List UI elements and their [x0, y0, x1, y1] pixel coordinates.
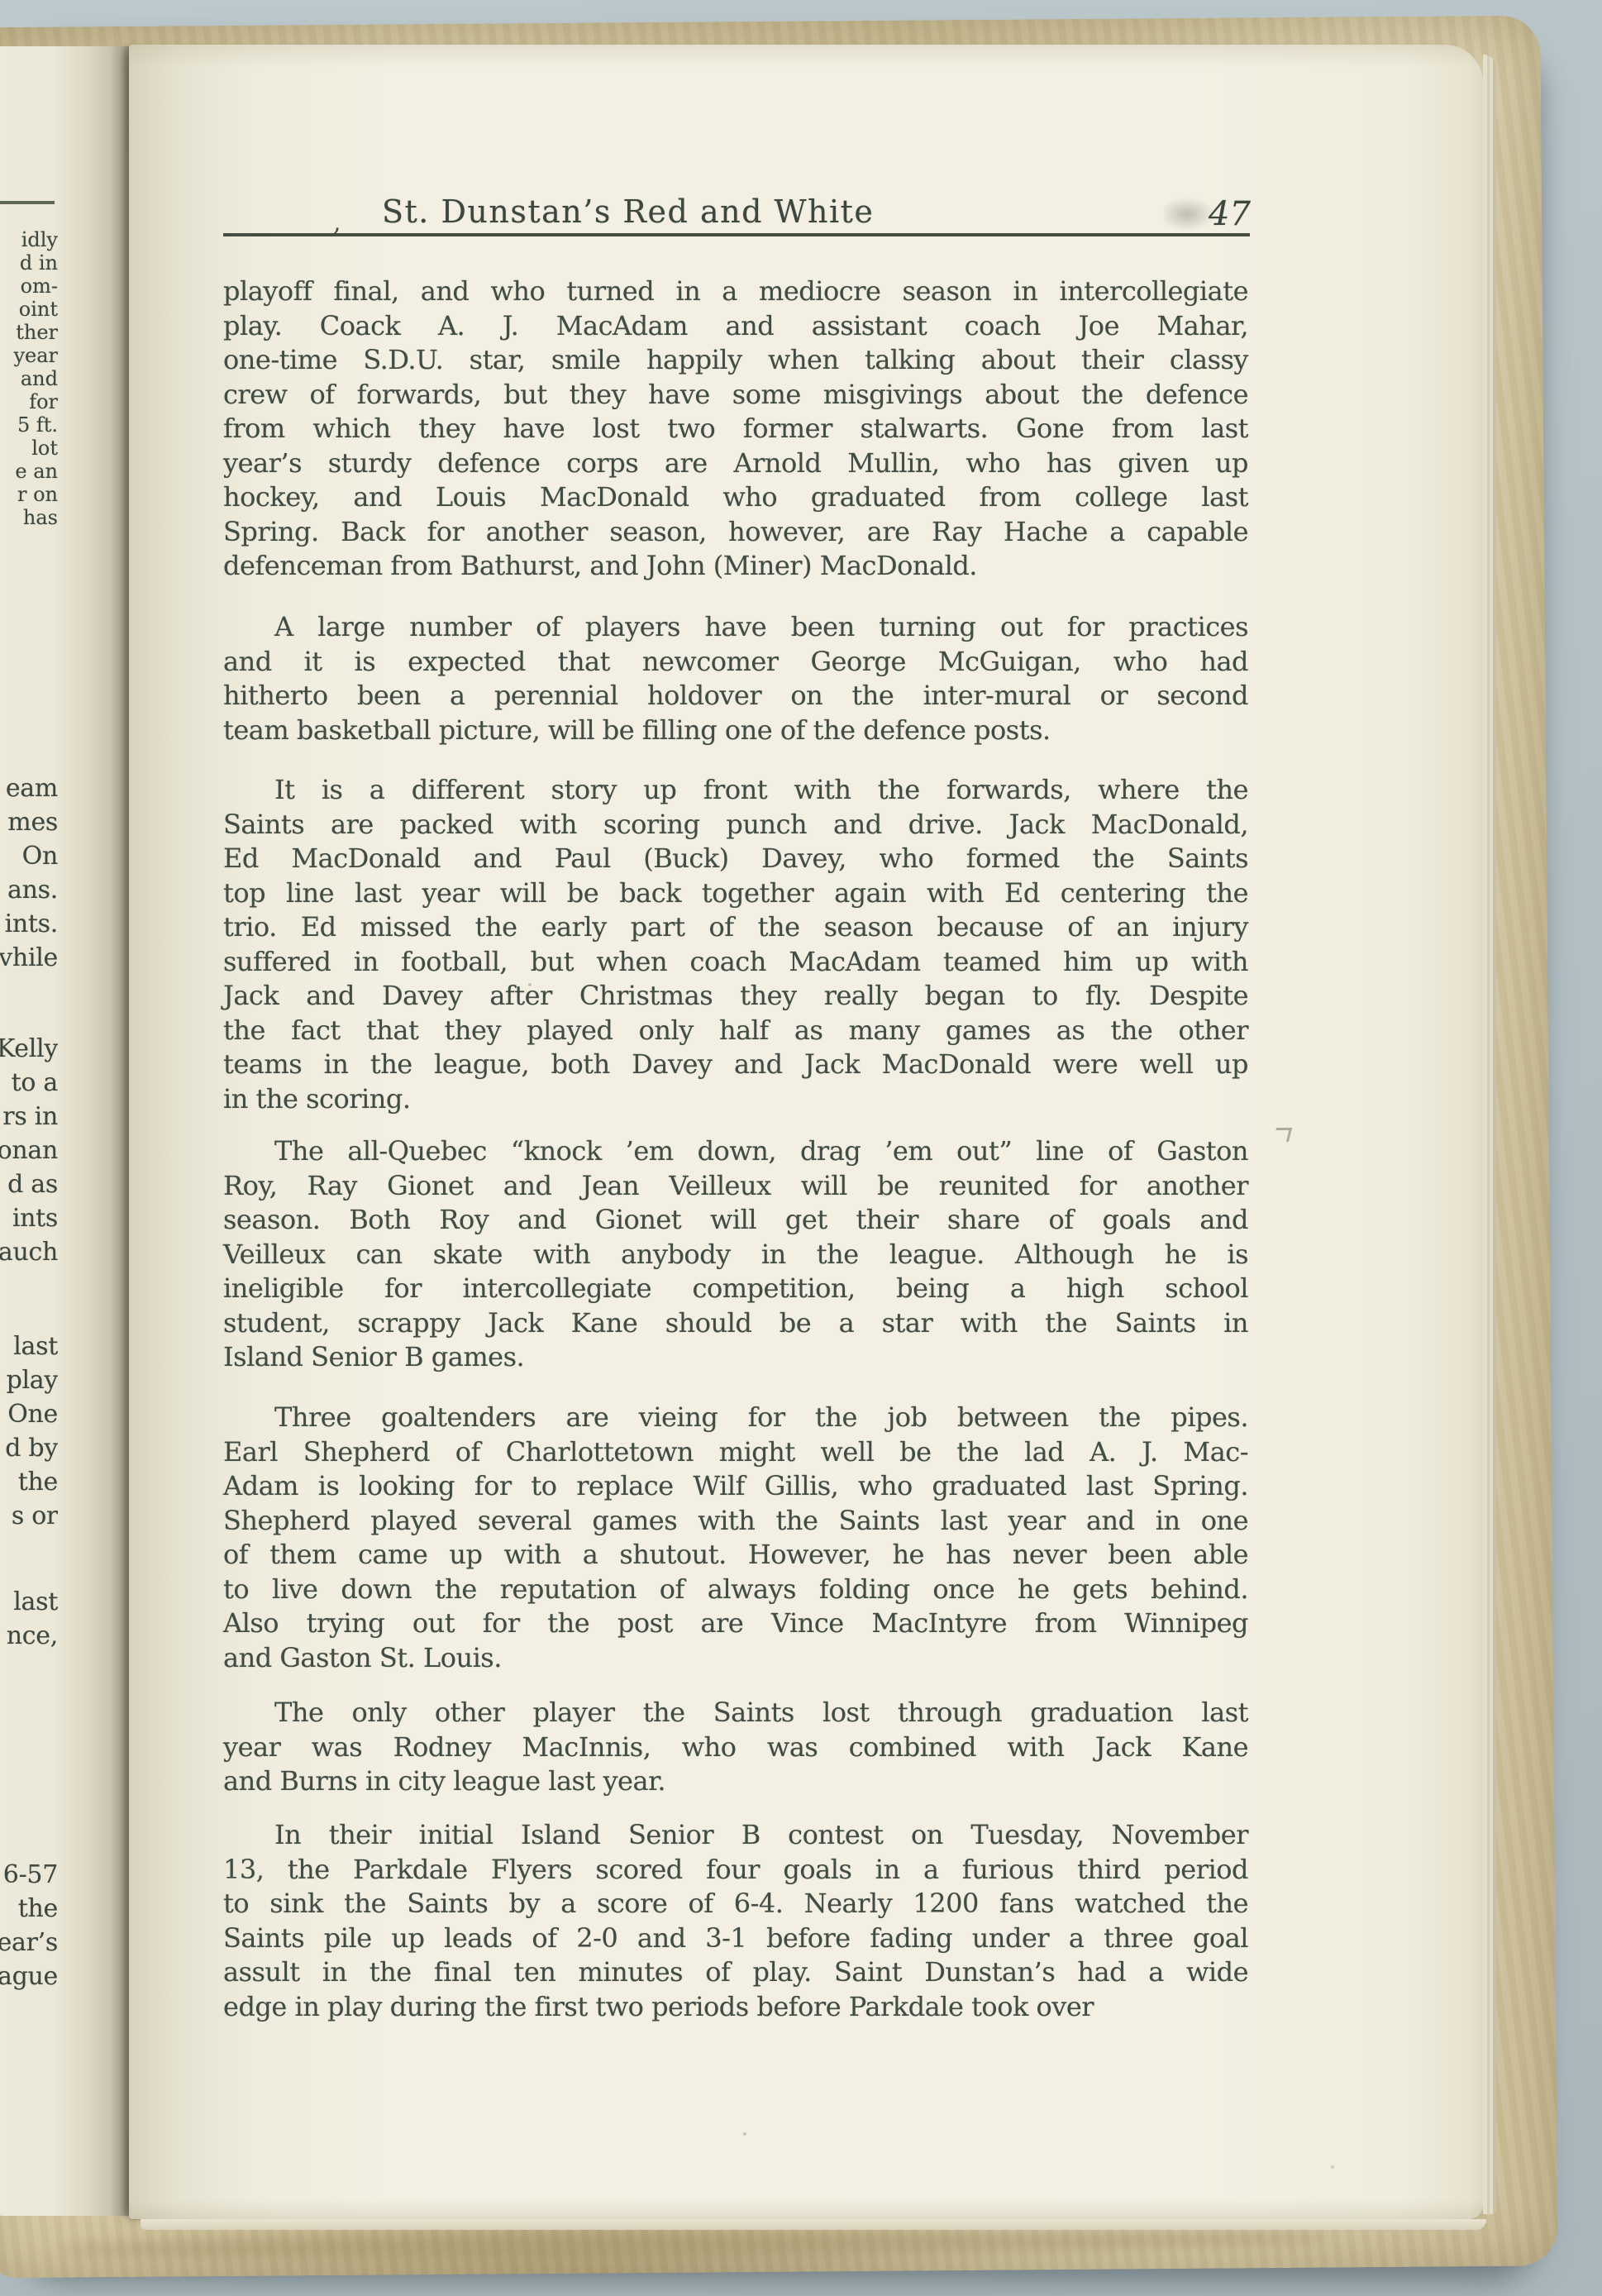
text-fragment: ear’s: [0, 1926, 58, 1959]
text-line: Earl Shepherd of Charlottetown might wel…: [223, 1435, 1248, 1470]
text-fragment: d in: [0, 251, 58, 274]
text-fragment: 6-57: [0, 1858, 58, 1892]
text-line: trio. Ed missed the early part of the se…: [223, 910, 1248, 945]
text-line: Ed MacDonald and Paul (Buck) Davey, who …: [223, 842, 1248, 876]
text-line: A large number of players have been turn…: [223, 610, 1248, 645]
text-fragment: play: [0, 1363, 58, 1397]
text-fragment: om-: [0, 274, 58, 298]
text-line: In their initial Island Senior B contest…: [223, 1818, 1248, 1853]
header-rule: [223, 233, 1250, 236]
text-line: Adam is looking for to replace Wilf Gill…: [223, 1469, 1248, 1504]
text-fragment: On: [0, 839, 58, 873]
text-fragment: d as: [0, 1167, 58, 1201]
text-fragment: oint: [0, 298, 58, 321]
text-line: Veilleux can skate with anybody in the l…: [223, 1238, 1248, 1272]
text-line: the fact that they played only half as m…: [223, 1014, 1248, 1048]
text-fragment: vhile: [0, 941, 58, 975]
facing-page-fragment-group: lastplayOned bythes or: [0, 1329, 58, 1533]
text-line: assult in the final ten minutes of play.…: [223, 1955, 1248, 1990]
paragraph: Three goaltenders are vieing for the job…: [223, 1401, 1248, 1675]
facing-page-fragment-group: lastnce,: [0, 1585, 58, 1653]
text-fragment: ints.: [0, 907, 58, 941]
text-line: play. Coack A. J. MacAdam and assistant …: [223, 309, 1248, 344]
text-line: The only other player the Saints lost th…: [223, 1696, 1248, 1730]
text-line: and Gaston St. Louis.: [223, 1641, 1248, 1676]
text-fragment: last: [0, 1585, 58, 1619]
text-fragment: idly: [0, 228, 58, 251]
text-fragment: d by: [0, 1431, 58, 1465]
text-line: Also trying out for the post are Vince M…: [223, 1606, 1248, 1641]
facing-page-fragment-group: idlyd inom-ointtheryearandfor5 ft.lote a…: [0, 228, 58, 529]
text-line: from which they have lost two former sta…: [223, 412, 1248, 446]
text-line: Island Senior B games.: [223, 1340, 1248, 1375]
text-line: Three goaltenders are vieing for the job…: [223, 1401, 1248, 1435]
text-fragment: ints: [0, 1201, 58, 1235]
text-fragment: s or: [0, 1499, 58, 1533]
text-line: year’s sturdy defence corps are Arnold M…: [223, 446, 1248, 481]
text-line: 13, the Parkdale Flyers scored four goal…: [223, 1853, 1248, 1888]
facing-page-fragment-group: Kellyto ars inonand asintsauch: [0, 1032, 58, 1269]
text-line: and it is expected that newcomer George …: [223, 645, 1248, 680]
paragraph: It is a different story up front with th…: [223, 773, 1248, 1116]
text-fragment: last: [0, 1329, 58, 1363]
text-line: edge in play during the first two period…: [223, 1990, 1248, 2025]
paragraph: playoff final, and who turned in a medio…: [223, 274, 1248, 584]
paragraph: A large number of players have been turn…: [223, 610, 1248, 747]
text-line: defenceman from Bathurst, and John (Mine…: [223, 549, 1248, 584]
facing-page-edge: idlyd inom-ointtheryearandfor5 ft.lote a…: [0, 46, 129, 2216]
paper-specks: [129, 45, 131, 46]
pencil-smudge: [1164, 197, 1215, 232]
text-fragment: Kelly: [0, 1032, 58, 1066]
text-line: Shepherd played several games with the S…: [223, 1504, 1248, 1539]
text-fragment: ther: [0, 321, 58, 344]
text-line: teams in the league, both Davey and Jack…: [223, 1048, 1248, 1082]
text-line: in the scoring.: [223, 1082, 1248, 1117]
facing-page-header-rule: [0, 201, 55, 204]
text-line: Saints are packed with scoring punch and…: [223, 808, 1248, 843]
text-fragment: ans.: [0, 873, 58, 907]
text-fragment: eam: [0, 771, 58, 805]
text-fragment: and: [0, 367, 58, 390]
book-page: St. Dunstan’s Red and White , 47 playoff…: [129, 45, 1483, 2219]
paragraph: In their initial Island Senior B contest…: [223, 1818, 1248, 2024]
text-line: hitherto been a perennial holdover on th…: [223, 679, 1248, 714]
text-fragment: year: [0, 344, 58, 367]
text-fragment: One: [0, 1397, 58, 1431]
text-fragment: 5 ft.: [0, 413, 58, 437]
text-fragment: the: [0, 1465, 58, 1499]
text-fragment: ague: [0, 1959, 58, 1993]
facing-page-fragment-group: eammesOnans.ints.vhile: [0, 771, 58, 975]
text-line: crew of forwards, but they have some mis…: [223, 378, 1248, 413]
text-line: and Burns in city league last year.: [223, 1764, 1248, 1799]
text-line: team basketball picture, will be filling…: [223, 714, 1248, 748]
text-line: to live down the reputation of always fo…: [223, 1573, 1248, 1607]
text-line: Jack and Davey after Christmas they real…: [223, 979, 1248, 1014]
text-fragment: lot: [0, 437, 58, 460]
running-header-title: St. Dunstan’s Red and White: [382, 193, 874, 230]
text-fragment: onan: [0, 1134, 58, 1167]
text-fragment: r on: [0, 483, 58, 506]
text-line: The all-Quebec “knock ’em down, drag ’em…: [223, 1134, 1248, 1169]
text-line: hockey, and Louis MacDonald who graduate…: [223, 480, 1248, 515]
text-line: top line last year will be back together…: [223, 876, 1248, 911]
text-fragment: the: [0, 1892, 58, 1926]
paragraph: The only other player the Saints lost th…: [223, 1696, 1248, 1799]
page-number: 47: [1209, 195, 1251, 233]
text-line: ineligible for intercollegiate competiti…: [223, 1272, 1248, 1306]
text-fragment: auch: [0, 1235, 58, 1269]
text-line: year was Rodney MacInnis, who was combin…: [223, 1730, 1248, 1765]
facing-page-fragment-group: 6-57theear’sague: [0, 1858, 58, 1993]
text-line: It is a different story up front with th…: [223, 773, 1248, 808]
text-line: student, scrappy Jack Kane should be a s…: [223, 1306, 1248, 1341]
text-fragment: nce,: [0, 1619, 58, 1653]
text-line: to sink the Saints by a score of 6-4. Ne…: [223, 1887, 1248, 1921]
text-fragment: has: [0, 506, 58, 529]
text-fragment: e an: [0, 460, 58, 483]
text-line: one-time S.D.U. star, smile happily when…: [223, 343, 1248, 378]
paragraph: The all-Quebec “knock ’em down, drag ’em…: [223, 1134, 1248, 1375]
text-fragment: for: [0, 390, 58, 413]
text-line: season. Both Roy and Gionet will get the…: [223, 1203, 1248, 1238]
page-stack-edges: [1483, 55, 1496, 2214]
text-line: Spring. Back for another season, however…: [223, 515, 1248, 550]
text-line: playoff final, and who turned in a medio…: [223, 274, 1248, 309]
text-line: Saints pile up leads of 2-0 and 3-1 befo…: [223, 1921, 1248, 1956]
text-line: of them came up with a shutout. However,…: [223, 1538, 1248, 1573]
text-fragment: to a: [0, 1066, 58, 1100]
text-line: suffered in football, but when coach Mac…: [223, 945, 1248, 980]
text-fragment: mes: [0, 805, 58, 839]
pencil-margin-mark: [1273, 1128, 1292, 1142]
text-fragment: rs in: [0, 1100, 58, 1134]
text-line: Roy, Ray Gionet and Jean Veilleux will b…: [223, 1169, 1248, 1204]
page-bottom-edge: [141, 2219, 1486, 2230]
